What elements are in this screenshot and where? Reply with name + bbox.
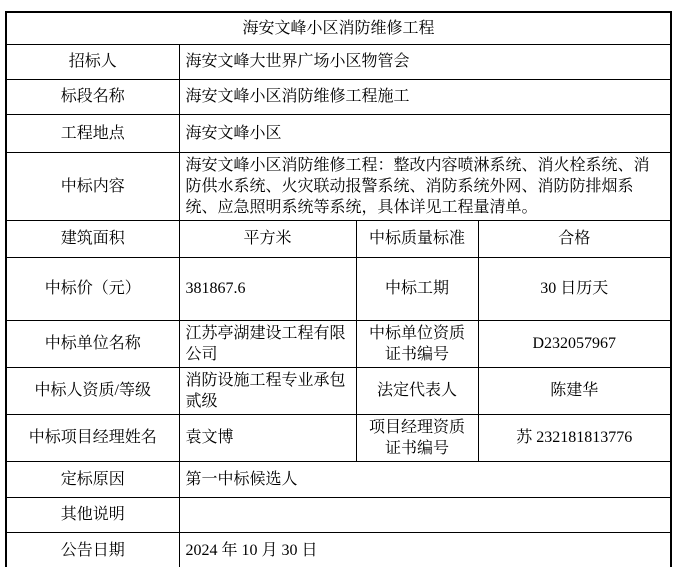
announcement-date-value: 2024 年 10 月 30 日	[179, 532, 671, 567]
section-name-value: 海安文峰小区消防维修工程施工	[179, 79, 671, 114]
tenderer-value: 海安文峰大世界广场小区物管会	[179, 44, 671, 79]
project-manager-name-label: 中标项目经理姓名	[6, 414, 179, 461]
award-reason-value: 第一中标候选人	[179, 461, 671, 497]
winner-name-label: 中标单位名称	[6, 320, 179, 367]
pm-cert-no-label: 项目经理资质证书编号	[356, 414, 478, 461]
quality-standard-value: 合格	[478, 220, 671, 257]
award-price-value: 381867.6	[179, 257, 356, 320]
award-content-value: 海安文峰小区消防维修工程：整改内容喷淋系统、消火栓系统、消防供水系统、火灾联动报…	[179, 152, 671, 220]
building-area-label: 建筑面积	[6, 220, 179, 257]
award-reason-label: 定标原因	[6, 461, 179, 497]
winner-cert-no-label: 中标单位资质证书编号	[356, 320, 478, 367]
award-price-label: 中标价（元）	[6, 257, 179, 320]
winner-qualification-value: 消防设施工程专业承包贰级	[179, 367, 356, 414]
announcement-date-label: 公告日期	[6, 532, 179, 567]
project-location-value: 海安文峰小区	[179, 114, 671, 152]
legal-representative-value: 陈建华	[478, 367, 671, 414]
tenderer-label: 招标人	[6, 44, 179, 79]
section-name-label: 标段名称	[6, 79, 179, 114]
award-content-label: 中标内容	[6, 152, 179, 220]
other-notes-value	[179, 497, 671, 532]
table-title: 海安文峰小区消防维修工程	[6, 12, 671, 44]
page: 海安文峰小区消防维修工程 招标人 海安文峰大世界广场小区物管会 标段名称 海安文…	[0, 0, 680, 567]
project-manager-name-value: 袁文博	[179, 414, 356, 461]
winner-name-value: 江苏亭湖建设工程有限公司	[179, 320, 356, 367]
pm-cert-no-value: 苏 232181813776	[478, 414, 671, 461]
building-area-value: 平方米	[179, 220, 356, 257]
legal-representative-label: 法定代表人	[356, 367, 478, 414]
quality-standard-label: 中标质量标准	[356, 220, 478, 257]
winner-qualification-label: 中标人资质/等级	[6, 367, 179, 414]
award-duration-label: 中标工期	[356, 257, 478, 320]
bid-announcement-table: 海安文峰小区消防维修工程 招标人 海安文峰大世界广场小区物管会 标段名称 海安文…	[5, 11, 672, 567]
project-location-label: 工程地点	[6, 114, 179, 152]
winner-cert-no-value: D232057967	[478, 320, 671, 367]
award-duration-value: 30 日历天	[478, 257, 671, 320]
other-notes-label: 其他说明	[6, 497, 179, 532]
